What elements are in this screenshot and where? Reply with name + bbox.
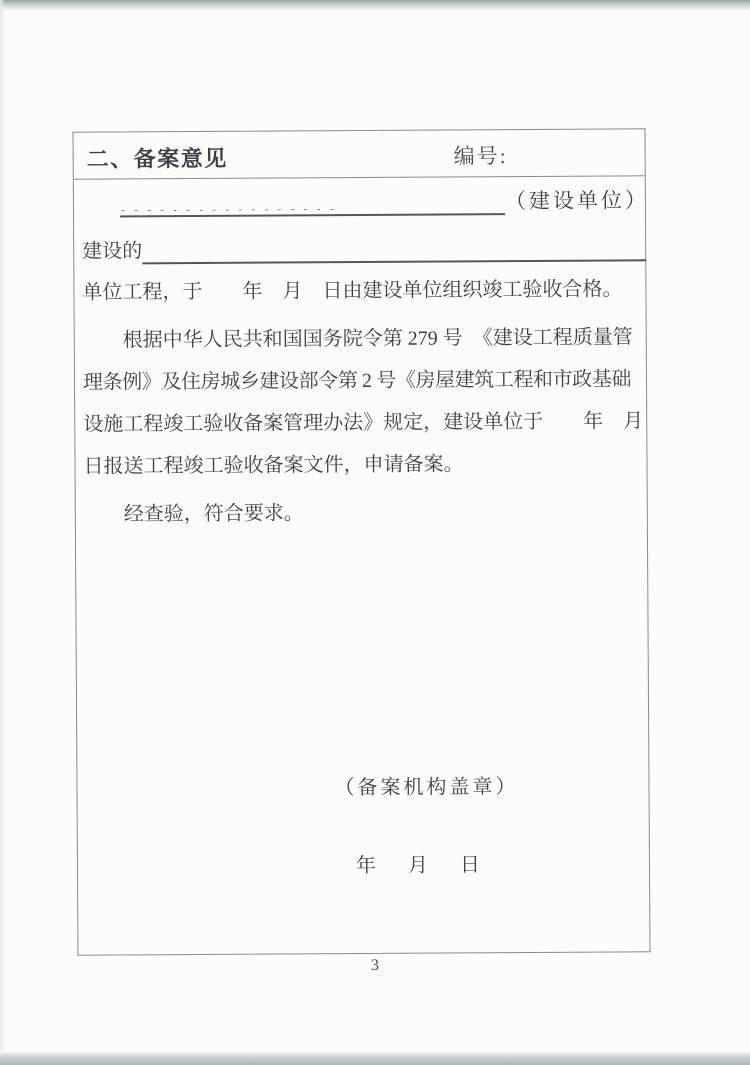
date-line: 年 月 日 [356, 848, 486, 878]
project-name-line: 建设的 [82, 231, 646, 264]
project-name-blank-underline [142, 233, 646, 264]
document-number-label: 编号: [454, 140, 508, 170]
scan-edge-bottom [0, 1051, 750, 1065]
unit-project-acceptance-line: 单位工程，于 年 月 日由建设单位组织竣工验收合格。 [82, 275, 640, 306]
filing-authority-stamp-note: （备案机构盖章） [334, 770, 518, 800]
form-header: 二、备案意见 编号: [73, 129, 644, 179]
inspection-conclusion: 经查验，符合要求。 [84, 497, 642, 528]
recipient-suffix: （建设单位） [505, 187, 649, 215]
regulation-paragraph-line-3: 设施工程竣工验收备案管理办法》规定，建设单位于 年 月 [83, 407, 641, 438]
filing-opinion-form: 二、备案意见 编号: - - - - - - - - - - - - - - -… [72, 128, 650, 955]
page-number: 3 [0, 955, 750, 978]
scan-edge-left [0, 0, 5, 1065]
regulation-paragraph-line-1: 根据中华人民共和国国务院令第 279 号 《建设工程质量管 [83, 323, 641, 354]
regulation-paragraph-line-2: 理条例》及住房城乡建设部令第 2 号《房屋建筑工程和市政基础 [83, 365, 641, 396]
recipient-line: - - - - - - - - - - - - - - - - -（建设单位） [120, 187, 649, 217]
recipient-blank-underline: - - - - - - - - - - - - - - - - - [120, 186, 505, 217]
section-title: 二、备案意见 [87, 142, 228, 174]
typed-dashes: - - - - - - - - - - - - - - - - - [120, 205, 335, 215]
scan-edge-top [0, 0, 750, 11]
regulation-paragraph-line-4: 日报送工程竣工验收备案文件，申请备案。 [83, 449, 641, 480]
project-name-prefix: 建设的 [82, 238, 142, 264]
scanned-document-page: 二、备案意见 编号: - - - - - - - - - - - - - - -… [0, 0, 750, 1065]
